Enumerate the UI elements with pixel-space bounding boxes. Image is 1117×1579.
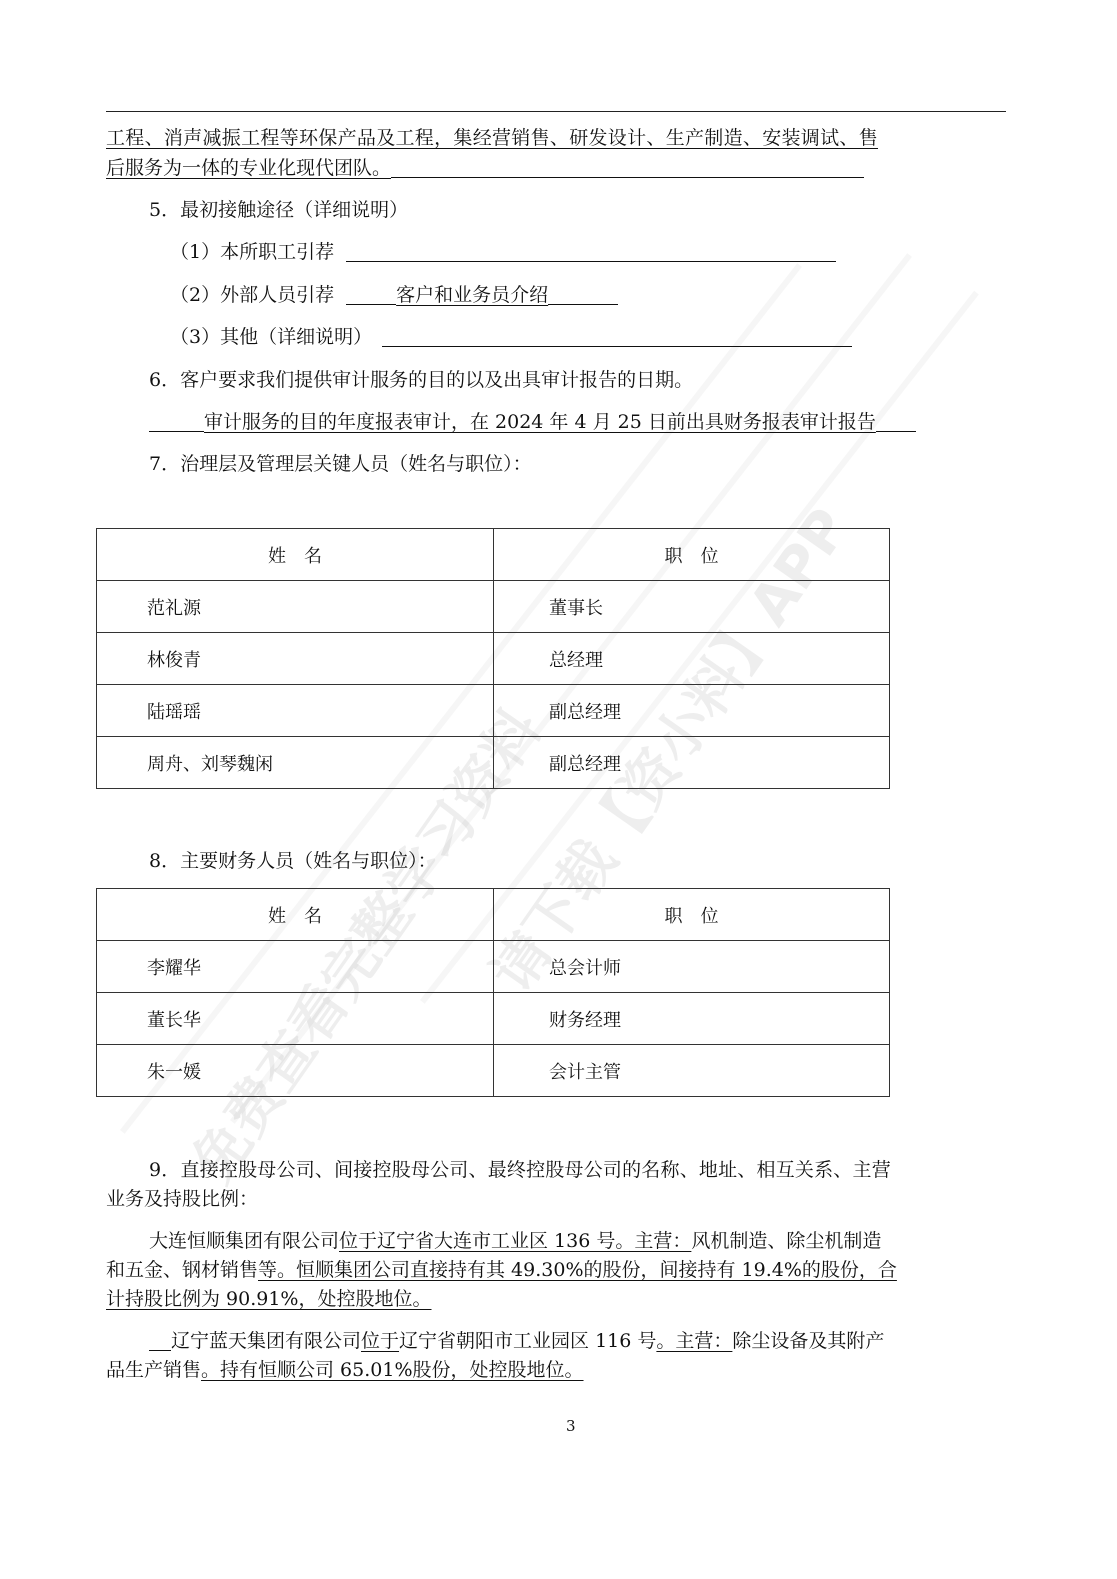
- section5-item-2-value[interactable]: 客户和业务员介绍: [396, 284, 548, 306]
- section9-title-line-2: 业务及持股比例：: [106, 1187, 258, 1211]
- header-name: 姓 名: [97, 889, 494, 941]
- para2-business-a: 除尘设备及其附产: [732, 1330, 884, 1352]
- section8-title: 8．主要财务人员（姓名与职位）：: [149, 849, 437, 873]
- intro-line-2-text: 后服务为一体的专业化现代团队。: [106, 157, 391, 179]
- section9-para1-line-3: 计持股比例为 90.91%，处控股地位。: [106, 1287, 432, 1311]
- cell-name: 朱一媛: [97, 1045, 494, 1097]
- table-header-row: 姓 名 职 位: [97, 529, 890, 581]
- cell-name: 林俊青: [97, 633, 494, 685]
- section6-answer[interactable]: 审计服务的目的年度报表审计，在 2024 年 4 月 25 日前出具财务报表审计…: [204, 411, 876, 433]
- section5-item-2-label: （2）外部人员引荐: [170, 284, 334, 306]
- table-row: 董长华 财务经理: [97, 993, 890, 1045]
- header-position: 职 位: [494, 529, 890, 581]
- table-row: 周舟、刘琴魏闲 副总经理: [97, 737, 890, 789]
- para2-business-b: 品生产销售: [106, 1359, 201, 1381]
- table-row: 李耀华 总会计师: [97, 941, 890, 993]
- cell-position: 副总经理: [494, 737, 890, 789]
- section5-item-3-field[interactable]: [382, 326, 852, 347]
- section9-title-line-1: 9．直接控股母公司、间接控股母公司、最终控股母公司的名称、地址、相互关系、主营: [149, 1158, 891, 1182]
- table-row: 范礼源 董事长: [97, 581, 890, 633]
- section5-item-1: （1）本所职工引荐: [170, 240, 836, 264]
- para2-address: 辽宁省朝阳市工业园区 116 号: [399, 1330, 656, 1352]
- cell-name: 陆瑶瑶: [97, 685, 494, 737]
- cell-position: 总经理: [494, 633, 890, 685]
- section5-item-1-label: （1）本所职工引荐: [170, 241, 334, 263]
- section6-title: 6．客户要求我们提供审计服务的目的以及出具审计报告的日期。: [149, 368, 693, 392]
- cell-name: 董长华: [97, 993, 494, 1045]
- section6-answer-blank: [149, 411, 204, 432]
- cell-position: 财务经理: [494, 993, 890, 1045]
- para1-holding-a: 等。恒顺集团公司直接持有其 49.30%的股份，间接持有 19.4%的股份，合: [258, 1259, 897, 1281]
- cell-position: 副总经理: [494, 685, 890, 737]
- section5-item-1-field[interactable]: [346, 241, 836, 262]
- cell-position: 总会计师: [494, 941, 890, 993]
- section5-item-2-suffix-blank: [548, 284, 618, 305]
- section5-item-3: （3）其他（详细说明）: [170, 325, 852, 349]
- section5-item-2-prefix-blank: [346, 284, 396, 305]
- para2-holding: 。持有恒顺公司 65.01%股份，处控股地位。: [201, 1359, 584, 1381]
- para1-business-b: 和五金、钢材销售: [106, 1259, 258, 1281]
- section9-para2-line-1: 辽宁蓝天集团有限公司位于辽宁省朝阳市工业园区 116 号。主营：除尘设备及其附产: [149, 1329, 884, 1353]
- section9-para1-line-2: 和五金、钢材销售等。恒顺集团公司直接持有其 49.30%的股份，间接持有 19.…: [106, 1258, 897, 1282]
- cell-position: 会计主管: [494, 1045, 890, 1097]
- section5-item-2: （2）外部人员引荐 客户和业务员介绍: [170, 283, 618, 307]
- table-row: 朱一媛 会计主管: [97, 1045, 890, 1097]
- header-name: 姓 名: [97, 529, 494, 581]
- table-header-row: 姓 名 职 位: [97, 889, 890, 941]
- para1-business-a: 风机制造、除尘机制造: [691, 1230, 881, 1252]
- intro-line-2: 后服务为一体的专业化现代团队。: [106, 156, 864, 180]
- table-row: 陆瑶瑶 副总经理: [97, 685, 890, 737]
- governance-table: 姓 名 职 位 范礼源 董事长 林俊青 总经理 陆瑶瑶 副总经理 周舟、刘琴魏闲…: [96, 528, 890, 789]
- section9-para2-line-2: 品生产销售。持有恒顺公司 65.01%股份，处控股地位。: [106, 1358, 584, 1382]
- document-page: 免费查看完整学习资料 请下载【资小料】APP 工程、消声减振工程等环保产品及工程…: [0, 0, 1117, 1579]
- para1-address: 位于辽宁省大连市工业区 136 号。主营：: [339, 1230, 691, 1252]
- para2-loc-prefix: 位于: [361, 1330, 399, 1352]
- section5-title: 5．最初接触途径（详细说明）: [149, 198, 408, 222]
- intro-line-1: 工程、消声减振工程等环保产品及工程，集经营销售、研发设计、生产制造、安装调试、售: [106, 126, 878, 150]
- section9-para1-line-1: 大连恒顺集团有限公司位于辽宁省大连市工业区 136 号。主营：风机制造、除尘机制…: [149, 1229, 881, 1253]
- section6-answer-line: 审计服务的目的年度报表审计，在 2024 年 4 月 25 日前出具财务报表审计…: [149, 410, 916, 434]
- header-position: 职 位: [494, 889, 890, 941]
- page-number: 3: [566, 1417, 576, 1435]
- para2-company: 辽宁蓝天集团有限公司: [171, 1330, 361, 1352]
- section5-item-3-label: （3）其他（详细说明）: [170, 326, 372, 348]
- cell-name: 周舟、刘琴魏闲: [97, 737, 494, 789]
- table-row: 林俊青 总经理: [97, 633, 890, 685]
- cell-name: 范礼源: [97, 581, 494, 633]
- intro-line-2-blank: [391, 157, 864, 178]
- section6-answer-tail: [876, 411, 916, 432]
- header-rule: [106, 111, 1006, 112]
- section7-title: 7．治理层及管理层关键人员（姓名与职位）：: [149, 452, 532, 476]
- cell-position: 董事长: [494, 581, 890, 633]
- para1-company: 大连恒顺集团有限公司: [149, 1230, 339, 1252]
- finance-staff-table: 姓 名 职 位 李耀华 总会计师 董长华 财务经理 朱一媛 会计主管: [96, 888, 890, 1097]
- para2-prefix-blank: [149, 1330, 171, 1351]
- para2-main-label: 。主营：: [656, 1330, 732, 1352]
- cell-name: 李耀华: [97, 941, 494, 993]
